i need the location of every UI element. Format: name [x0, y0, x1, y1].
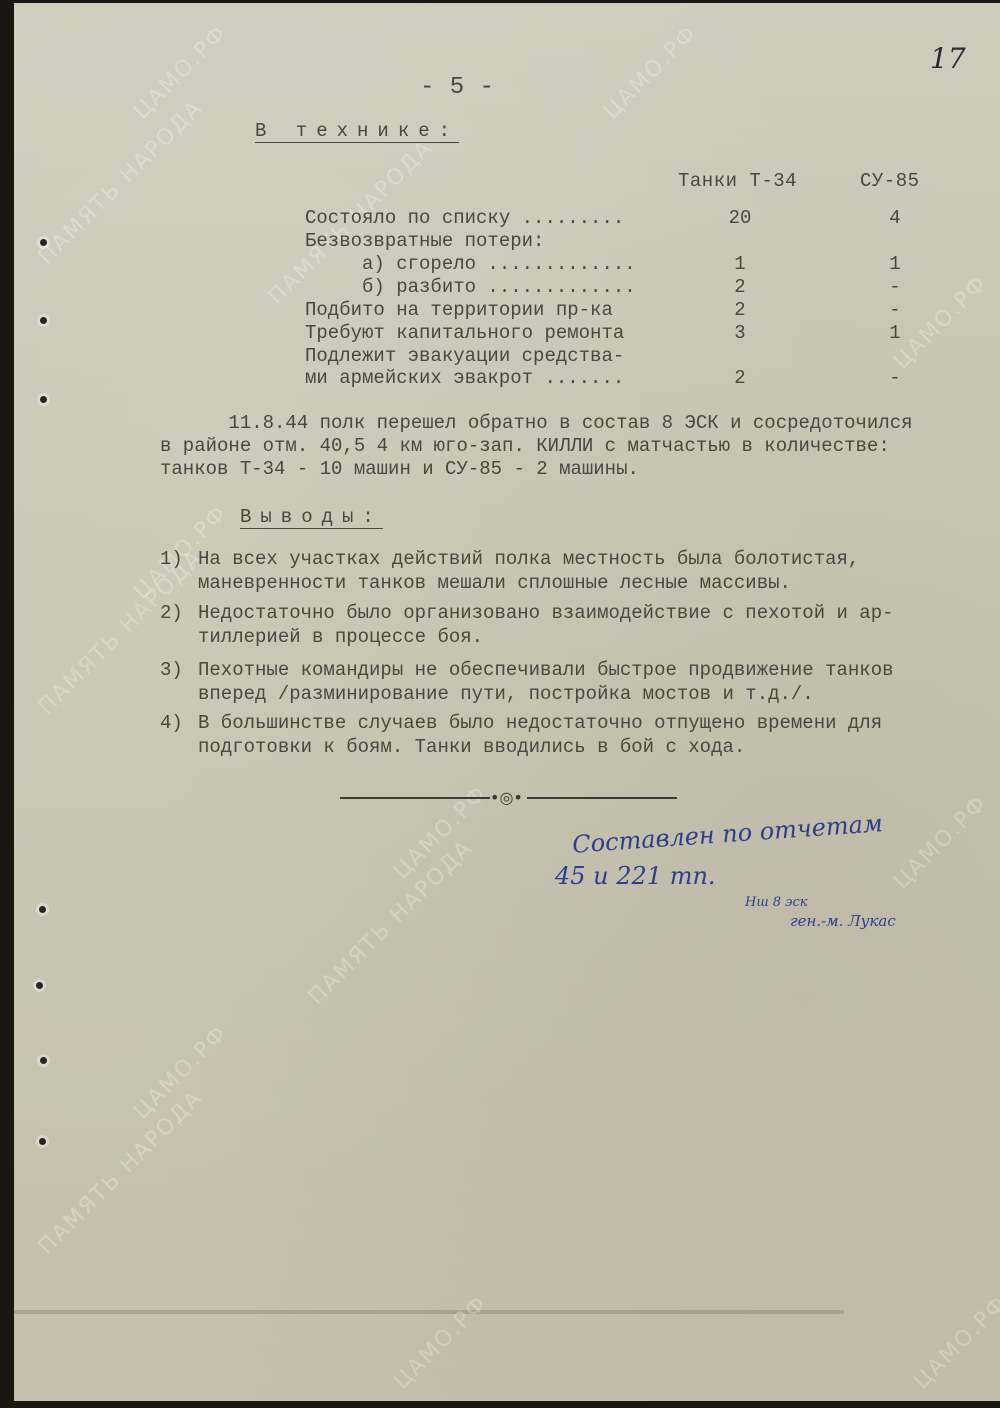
conclusion-line: маневренности танков мешали сплошные лес… [198, 571, 791, 595]
column-header-t34: Танки Т-34 [678, 170, 797, 192]
divider-line-left [340, 797, 490, 799]
row-label: а) сгорело ............. [305, 253, 636, 275]
conclusion-line: Пехотные командиры не обеспечивали быстр… [198, 658, 894, 682]
value-su85: 4 [875, 207, 915, 229]
section-heading-equipment: В технике: [255, 120, 459, 142]
value-su85: - [875, 276, 915, 298]
binding-hole [36, 982, 43, 989]
row-label: Безвозвратные потери: [305, 230, 544, 252]
table-row: Подлежит эвакуации средства- [305, 345, 945, 369]
conclusion-line: В большинстве случаев было недостаточно … [198, 711, 882, 735]
paragraph-line: в районе отм. 40,5 4 км юго-зап. КИЛЛИ с… [160, 435, 990, 458]
binding-hole [39, 1138, 46, 1145]
table-row: Требуют капитального ремонта 3 1 [305, 322, 945, 346]
table-row: ми армейских эвакрот ....... 2 - [305, 367, 945, 391]
archive-page-number: 17 [930, 42, 966, 75]
table-row: Безвозвратные потери: [305, 230, 945, 254]
conclusion-line: тиллерией в процессе боя. [198, 625, 483, 649]
conclusion-number: 4) [160, 711, 183, 735]
row-label: б) разбито ............. [305, 276, 636, 298]
value-su85: 1 [875, 322, 915, 344]
row-label: Состояло по списку ......... [305, 207, 624, 229]
column-header-su85: СУ-85 [860, 170, 920, 192]
value-su85: - [875, 299, 915, 321]
conclusion-line: вперед /разминирование пути, постройка м… [198, 682, 814, 706]
conclusion-line: подготовки к боям. Танки вводились в бой… [198, 735, 745, 759]
value-t34: 2 [720, 299, 760, 321]
row-label: Подбито на территории пр-ка [305, 299, 613, 321]
ornament-icon: •◎• [490, 788, 523, 807]
row-label: ми армейских эвакрот ....... [305, 367, 624, 389]
binding-hole [40, 1057, 47, 1064]
value-t34: 2 [720, 276, 760, 298]
page-number: - 5 - [420, 74, 495, 101]
handwritten-note-line: 45 и 221 тп. [555, 862, 716, 890]
binding-hole [39, 906, 46, 913]
section-heading-conclusions: Выводы: [240, 506, 383, 528]
value-su85: 1 [875, 253, 915, 275]
conclusion-line: Недостаточно было организовано взаимодей… [198, 601, 894, 625]
table-row: а) сгорело ............. 1 1 [305, 253, 945, 277]
table-row: б) разбито ............. 2 - [305, 276, 945, 300]
divider-line-right [527, 797, 677, 799]
binding-hole [40, 239, 47, 246]
value-su85: - [875, 367, 915, 389]
conclusion-line: На всех участках действий полка местност… [198, 547, 859, 571]
value-t34: 3 [720, 322, 760, 344]
paragraph-line: 11.8.44 полк перешел обратно в состав 8 … [160, 412, 990, 435]
table-row: Состояло по списку ......... 20 4 [305, 207, 945, 231]
paragraph-line: танков Т-34 - 10 машин и СУ-85 - 2 машин… [160, 458, 990, 481]
signature-line: ген.-м. Лукас [790, 912, 896, 930]
value-t34: 2 [720, 367, 760, 389]
conclusion-number: 1) [160, 547, 183, 571]
conclusion-number: 3) [160, 658, 183, 682]
binding-hole [40, 396, 47, 403]
binding-hole [40, 317, 47, 324]
row-label: Требуют капитального ремонта [305, 322, 624, 344]
table-row: Подбито на территории пр-ка 2 - [305, 299, 945, 323]
signature-line: Нш 8 эск [745, 895, 808, 910]
row-label: Подлежит эвакуации средства- [305, 345, 624, 367]
paper-fold-line [14, 1310, 844, 1314]
value-t34: 1 [720, 253, 760, 275]
conclusion-number: 2) [160, 601, 183, 625]
value-t34: 20 [720, 207, 760, 229]
